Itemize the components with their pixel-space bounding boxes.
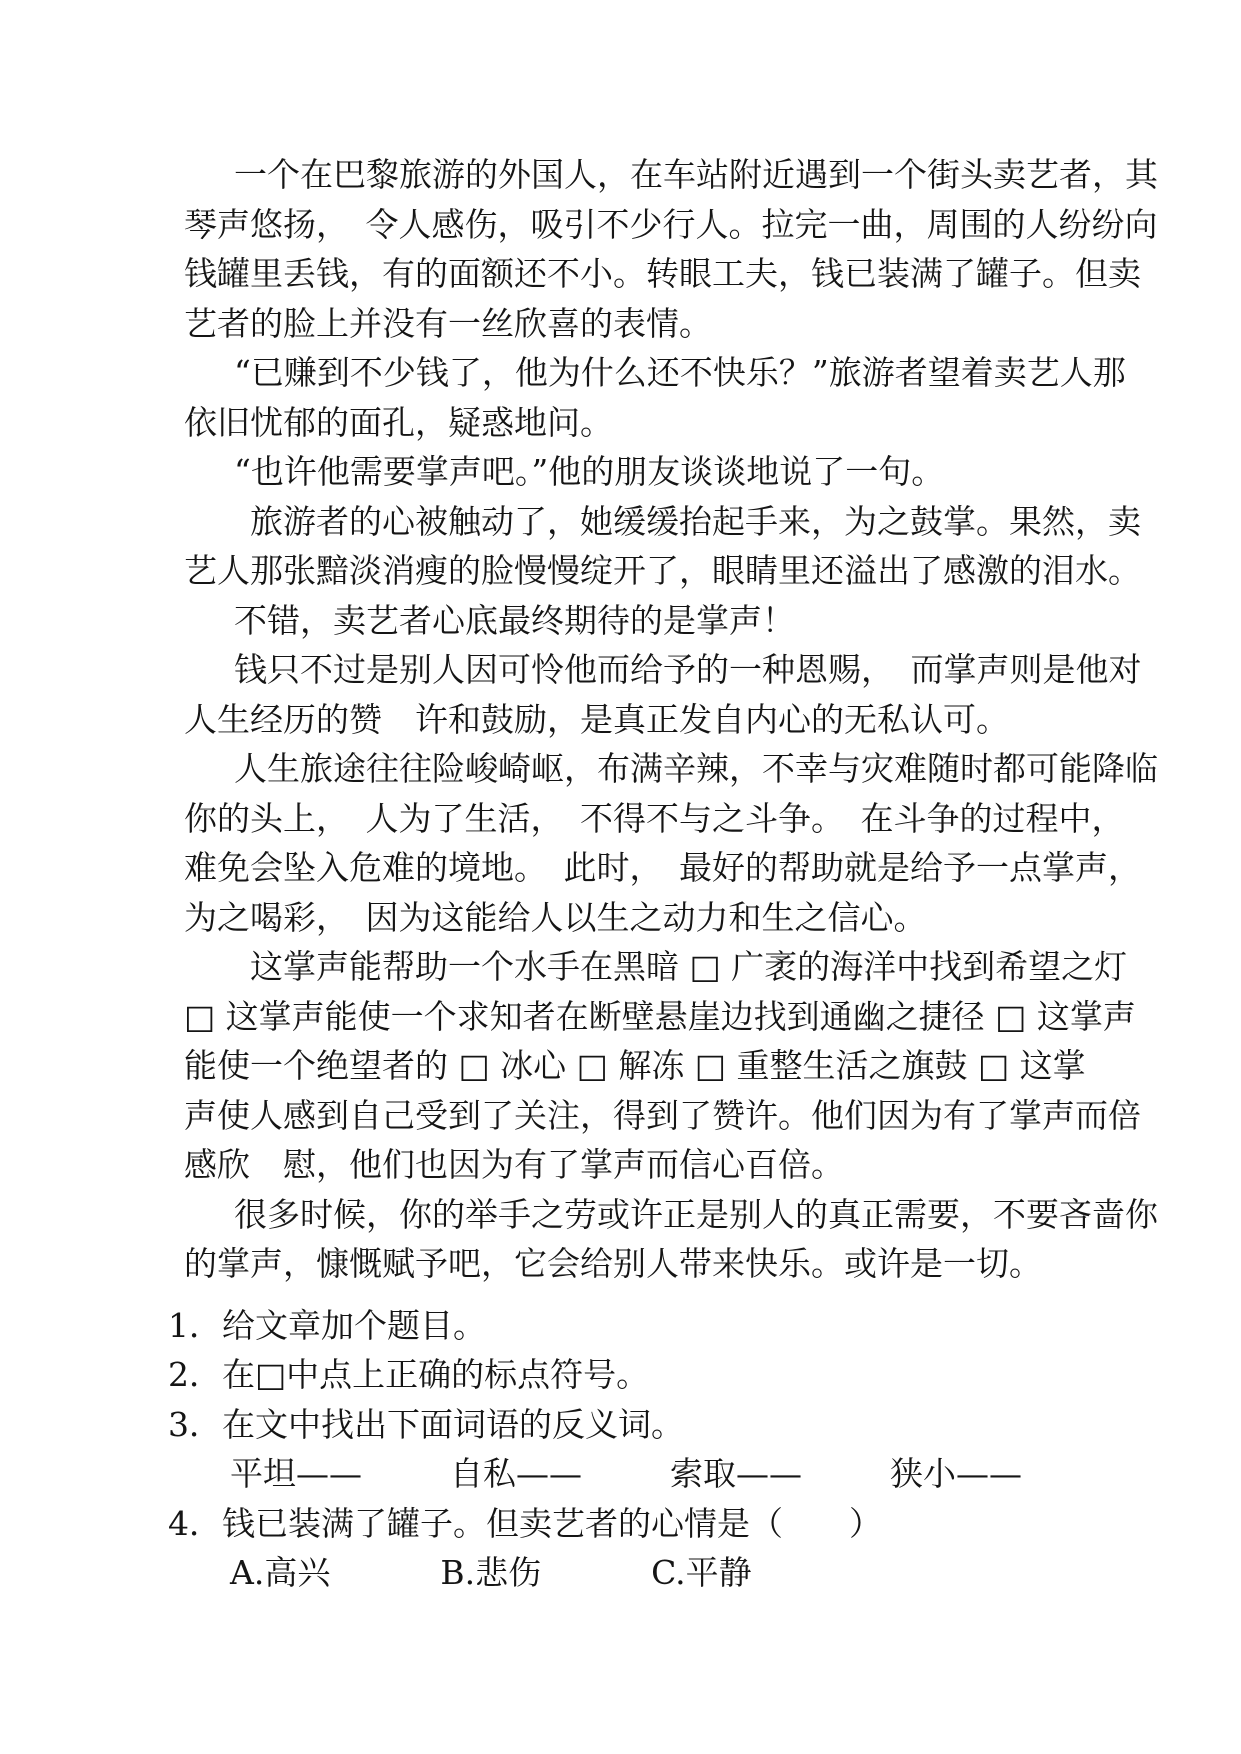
passage-line-14: 你的头上， 人为了生活， 不得不与之斗争。 在斗争的过程中， <box>184 794 1128 844</box>
passage-line-18: □ 这掌声能使一个求知者在断壁悬崖边找到通幽之捷径 □ 这掌声 <box>184 992 1128 1042</box>
option-c: C.平静 <box>651 1548 752 1598</box>
passage-line-8: 旅游者的心被触动了，她缓缓抬起手来，为之鼓掌。果然，卖 <box>184 497 1128 547</box>
option-b: B.悲伤 <box>440 1548 541 1598</box>
question-3: 3．在文中找出下面词语的反义词。 <box>168 1400 1128 1450</box>
passage-line-11: 钱只不过是别人因可怜他而给予的一种恩赐， 而掌声则是他对 <box>184 645 1128 695</box>
question-4-options: A.高兴 B.悲伤 C.平静 <box>168 1548 1128 1598</box>
question-1: 1．给文章加个题目。 <box>168 1301 1128 1351</box>
antonym-blank-xiaxiao: 狭小—— <box>890 1449 1022 1499</box>
document-page: 一个在巴黎旅游的外国人，在车站附近遇到一个街头卖艺者，其 琴声悠扬， 令人感伤，… <box>0 0 1241 1754</box>
passage-line-5: “已赚到不少钱了，他为什么还不快乐？”旅游者望着卖艺人那 <box>184 348 1128 398</box>
antonym-blank-suoqu: 索取—— <box>670 1449 802 1499</box>
passage-line-20: 声使人感到自己受到了关注，得到了赞许。他们因为有了掌声而倍 <box>184 1091 1128 1141</box>
passage-line-13: 人生旅途往往险峻崎岖，布满辛辣，不幸与灾难随时都可能降临 <box>184 744 1128 794</box>
passage-line-15: 难免会坠入危难的境地。 此时， 最好的帮助就是给予一点掌声， <box>184 843 1128 893</box>
passage-line-10: 不错，卖艺者心底最终期待的是掌声！ <box>184 596 1128 646</box>
questions-section: 1．给文章加个题目。 2．在□中点上正确的标点符号。 3．在文中找出下面词语的反… <box>168 1301 1128 1598</box>
passage-line-9: 艺人那张黯淡消瘦的脸慢慢绽开了，眼睛里还溢出了感激的泪水。 <box>184 546 1128 596</box>
passage: 一个在巴黎旅游的外国人，在车站附近遇到一个街头卖艺者，其 琴声悠扬， 令人感伤，… <box>184 150 1128 1289</box>
passage-line-1: 一个在巴黎旅游的外国人，在车站附近遇到一个街头卖艺者，其 <box>184 150 1128 200</box>
question-4: 4．钱已装满了罐子。但卖艺者的心情是（ ） <box>168 1499 1128 1549</box>
question-2: 2．在□中点上正确的标点符号。 <box>168 1350 1128 1400</box>
passage-line-7: “也许他需要掌声吧。”他的朋友谈谈地说了一句。 <box>184 447 1128 497</box>
passage-line-6: 依旧忧郁的面孔，疑惑地问。 <box>184 398 1128 448</box>
option-a: A.高兴 <box>230 1548 330 1598</box>
passage-line-22: 很多时候，你的举手之劳或许正是别人的真正需要，不要吝啬你 <box>184 1190 1128 1240</box>
page-content: 一个在巴黎旅游的外国人，在车站附近遇到一个街头卖艺者，其 琴声悠扬， 令人感伤，… <box>168 150 1128 1598</box>
passage-line-21: 感欣 慰，他们也因为有了掌声而信心百倍。 <box>184 1140 1128 1190</box>
passage-line-3: 钱罐里丢钱，有的面额还不小。转眼工夫，钱已装满了罐子。但卖 <box>184 249 1128 299</box>
passage-line-2: 琴声悠扬， 令人感伤，吸引不少行人。拉完一曲，周围的人纷纷向 <box>184 200 1128 250</box>
passage-line-19: 能使一个绝望者的 □ 冰心 □ 解冻 □ 重整生活之旗鼓 □ 这掌 <box>184 1041 1128 1091</box>
passage-line-17: 这掌声能帮助一个水手在黑暗 □ 广袤的海洋中找到希望之灯 <box>184 942 1128 992</box>
passage-line-4: 艺者的脸上并没有一丝欣喜的表情。 <box>184 299 1128 349</box>
antonym-blank-zisi: 自私—— <box>450 1449 582 1499</box>
passage-line-12: 人生经历的赞 许和鼓励，是真正发自内心的无私认可。 <box>184 695 1128 745</box>
antonym-blank-pingtan: 平坦—— <box>230 1449 362 1499</box>
passage-line-16: 为之喝彩， 因为这能给人以生之动力和生之信心。 <box>184 893 1128 943</box>
passage-line-23: 的掌声，慷慨赋予吧，它会给别人带来快乐。或许是一切。 <box>184 1239 1128 1289</box>
question-3-antonym-row: 平坦—— 自私—— 索取—— 狭小—— <box>168 1449 1128 1499</box>
